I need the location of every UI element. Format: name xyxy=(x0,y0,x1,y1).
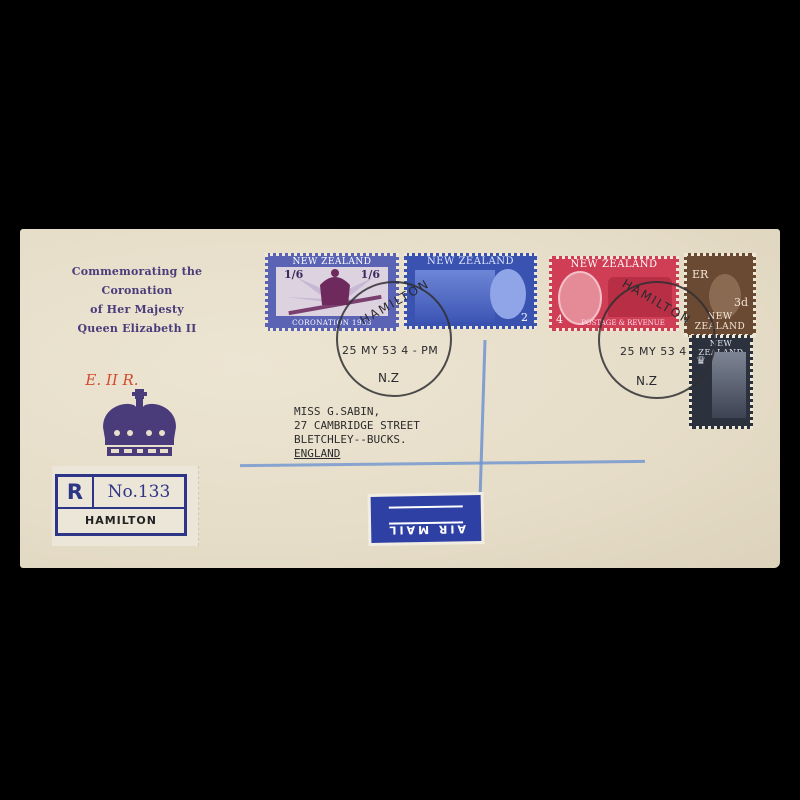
address-line: MISS G.SABIN, xyxy=(294,405,420,419)
recipient-address: MISS G.SABIN,27 CAMBRIDGE STREETBLETCHLE… xyxy=(294,405,420,461)
stamp-value: 3d xyxy=(734,296,748,309)
stamp-value: 2 xyxy=(521,311,528,324)
stamp-value: 4 xyxy=(556,313,563,326)
stamp-value-left: 1/6 xyxy=(284,268,303,281)
stamp-country: NEW ZEALAND xyxy=(552,259,676,270)
envelope: Commemorating the Coronation of Her Maje… xyxy=(20,229,780,568)
crown-icon xyxy=(97,389,182,461)
crayon-line-vertical xyxy=(478,340,486,500)
registration-number: No.133 xyxy=(94,477,184,509)
address-line: 27 CAMBRIDGE STREET xyxy=(294,419,420,433)
heading-line: Queen Elizabeth II xyxy=(42,319,232,338)
heading-line: Commemorating the Coronation xyxy=(42,262,232,300)
postmark-date: 25 MY 53 4 - xyxy=(620,345,695,358)
queen-portrait xyxy=(558,271,602,325)
airmail-label: AIR MAIL xyxy=(368,492,485,546)
stamp-value-right: 1/6 xyxy=(361,268,380,281)
airmail-label-face: AIR MAIL xyxy=(371,495,482,543)
registration-box: R No.133 HAMILTON xyxy=(55,474,187,536)
address-line: BLETCHLEY--BUCKS. xyxy=(294,433,420,447)
postmark-date: 25 MY 53 4 - PM xyxy=(342,344,438,357)
stamp-country: NEW ZEALAND xyxy=(407,256,534,267)
registered-letter: R xyxy=(58,477,94,509)
postmark-country: N.Z xyxy=(378,371,399,385)
heading-line: of Her Majesty xyxy=(42,300,232,319)
stamp-country: NEW ZEALAND xyxy=(268,257,396,267)
commemorative-heading: Commemorating the Coronation of Her Maje… xyxy=(42,262,232,338)
address-country: ENGLAND xyxy=(294,447,420,461)
registration-office: HAMILTON xyxy=(58,511,184,531)
westminster-abbey-vignette xyxy=(712,352,746,418)
airmail-text: AIR MAIL xyxy=(371,522,481,537)
royal-cipher: E. II R. xyxy=(77,371,147,389)
stamp-cipher: ER xyxy=(692,268,708,281)
postmark-country: N.Z xyxy=(636,374,657,388)
registration-label: R No.133 HAMILTON xyxy=(52,466,199,546)
